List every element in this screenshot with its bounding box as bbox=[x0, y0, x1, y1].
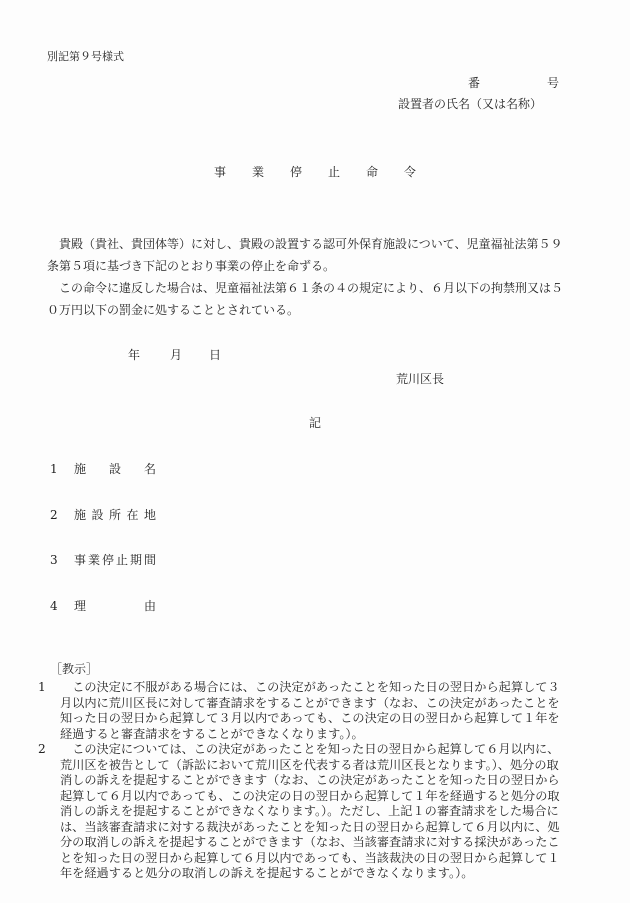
setter-name-label: 設置者の氏名（又は名称） bbox=[398, 95, 542, 112]
form-number: 別記第９号様式 bbox=[47, 48, 124, 64]
date-year: 年 bbox=[128, 346, 140, 363]
item-number: 4 bbox=[50, 599, 74, 613]
item-reason: 4理由 bbox=[50, 597, 156, 614]
item-label: 理由 bbox=[74, 597, 156, 614]
item-label: 施設名 bbox=[74, 460, 156, 477]
item-facility-name: 1施設名 bbox=[50, 460, 156, 477]
ki-heading: 記 bbox=[0, 414, 630, 431]
document-title: 事業停止命令 bbox=[0, 163, 630, 180]
issuer: 荒川区長 bbox=[396, 370, 444, 387]
date-month: 月 bbox=[170, 346, 182, 363]
kyoji-item: 1 この決定に不服がある場合には、この決定があったことを知った日の翌日から起算し… bbox=[38, 680, 568, 742]
item-facility-address: 2施設所在地 bbox=[50, 506, 156, 523]
kyoji-heading: ［教示］ bbox=[50, 660, 98, 677]
number-label-ban: 番 bbox=[468, 74, 480, 91]
kyoji-item-number: 1 bbox=[38, 680, 60, 742]
kyoji-list: 1 この決定に不服がある場合には、この決定があったことを知った日の翌日から起算し… bbox=[38, 680, 568, 882]
date-day: 日 bbox=[209, 346, 221, 363]
item-number: 2 bbox=[50, 508, 74, 522]
number-label-go: 号 bbox=[547, 74, 559, 91]
item-number: 1 bbox=[50, 462, 74, 476]
order-paragraph: 貴殿（貴社、貴団体等）に対し、貴殿の設置する認可外保育施設について、児童福祉法第… bbox=[47, 233, 572, 277]
kyoji-item-text: この決定については、この決定があったことを知った日の翌日から起算して６月以内に、… bbox=[60, 742, 568, 882]
item-suspension-period: 3事業停止期間 bbox=[50, 551, 156, 568]
order-body: 貴殿（貴社、貴団体等）に対し、貴殿の設置する認可外保育施設について、児童福祉法第… bbox=[47, 233, 572, 321]
kyoji-item-number: 2 bbox=[38, 742, 60, 882]
penalty-paragraph: この命令に違反した場合は、児童福祉法第６１条の４の規定により、６月以下の拘禁刑又… bbox=[47, 277, 572, 321]
kyoji-item: 2 この決定については、この決定があったことを知った日の翌日から起算して６月以内… bbox=[38, 742, 568, 882]
item-label: 事業停止期間 bbox=[74, 551, 156, 568]
item-label: 施設所在地 bbox=[74, 506, 156, 523]
kyoji-item-text: この決定に不服がある場合には、この決定があったことを知った日の翌日から起算して３… bbox=[60, 680, 568, 742]
item-number: 3 bbox=[50, 553, 74, 567]
